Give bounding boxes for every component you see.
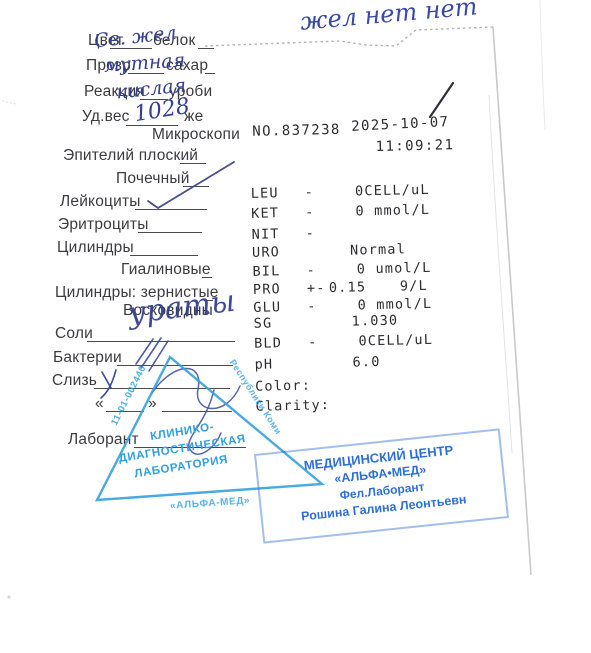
leukocytes-line [135,208,207,210]
renal-line [183,185,209,187]
receipt-val-right: 0CELL/uL [355,182,430,200]
hyaline-label: Гиалиновые [121,261,211,279]
erythrocytes-label: Эритроциты [58,216,149,234]
receipt-sign: +- [307,280,326,296]
receipt-val-mid: Normal [350,241,406,258]
receipt-row-ph: pH6.0 [248,352,473,375]
receipt-sign: - [308,334,318,350]
receipt-sign: - [306,262,316,278]
receipt-val-right: 0CELL/uL [358,332,433,350]
receipt-row-ket: KET-0 mmol/L [245,201,470,224]
receipt-val-mid: 6.0 [352,354,380,371]
receipt-val-pro: 0.15 [329,279,367,296]
receipt-number: NO.837238 [252,122,341,140]
epithelium-line [180,162,206,164]
receipt-row-sg: SG1.030 [247,311,472,334]
receipt-edge-crease-faint [489,95,512,453]
cylinders-label: Цилиндры [57,239,134,257]
erythrocytes-line [138,231,202,233]
mucus-label: Слизь [52,372,97,390]
technician-label: Лаборант [68,431,139,449]
epithelium-flat-label: Эпителий плоский [63,147,198,165]
protein-line [198,47,214,49]
receipt-val-right: 0 mmol/L [357,296,432,314]
receipt-code: SG [253,315,272,331]
receipt-row-leu: LEU-0CELL/uL [245,181,470,204]
receipt-sign: - [307,298,317,314]
receipt-code: PRO [253,281,281,298]
microscopy-label: Микроскопи [152,126,240,144]
cylinders-line [130,254,198,256]
hyaline-line [202,276,212,278]
paper-speck [7,595,10,598]
receipt-code: NIT [251,226,279,243]
receipt-code: BIL [252,263,280,280]
receipt-sign: - [305,225,315,241]
receipt-row-bld: BLD-0CELL/uL [248,331,473,354]
receipt-code: URO [252,244,280,261]
leukocytes-label: Лейкоциты [60,193,141,211]
date-quote-close: » [148,395,157,413]
receipt-code: GLU [253,299,281,316]
receipt-code: LEU [251,185,279,202]
mucus-line [94,387,230,389]
receipt-code: BLD [254,335,282,352]
salts-line [87,340,235,342]
date-month-line [162,410,232,412]
handwritten-mucus-mark [101,370,116,398]
date-quote-open: « [95,395,104,413]
receipt-val-right: 0 umol/L [357,260,432,278]
rect-stamp: МЕДИЦИНСКИЙ ЦЕНТР «АЛЬФА•МЕД» Фел.Лабора… [254,428,509,543]
urinalysis-scan: Цвет белок Прозр. сахар Реакция уроби Уд… [0,0,591,653]
pen-stroke-over-date [430,83,453,117]
receipt-date: 2025-10-07 [351,114,450,135]
receipt-sign: - [305,204,315,220]
handwritten-top-note: жел нет нет [299,0,478,36]
bacteria-label: Бактерии [53,349,122,367]
spec-gravity-label: Уд.вес [82,108,130,126]
receipt-time: 11:09:21 [376,137,455,155]
bacteria-line [117,364,233,366]
sugar-line [205,72,215,74]
receipt-val-right: 0 mmol/L [355,202,430,220]
paper-speck-line [2,101,16,104]
analyzer-receipt: NO.837238 2025-10-07 11:09:21 LEU-0CELL/… [243,113,475,408]
triangle-stamp-license: 11-01-002440 [109,364,149,428]
receipt-row-clarity: Clarity: [249,394,474,417]
receipt-code: KET [251,205,279,222]
triangle-stamp-org: «АЛЬФА-МЕД» [170,495,251,512]
receipt-val-unit: 9/L [400,278,428,295]
receipt-val-mid: 1.030 [351,313,398,330]
receipt-code: Color: [255,378,311,395]
renal-label: Почечный [116,170,190,188]
receipt-sign: - [305,184,315,200]
receipt-code: pH [254,356,273,372]
receipt-row-color: Color: [249,374,474,397]
paper-edge-mark [540,0,545,130]
